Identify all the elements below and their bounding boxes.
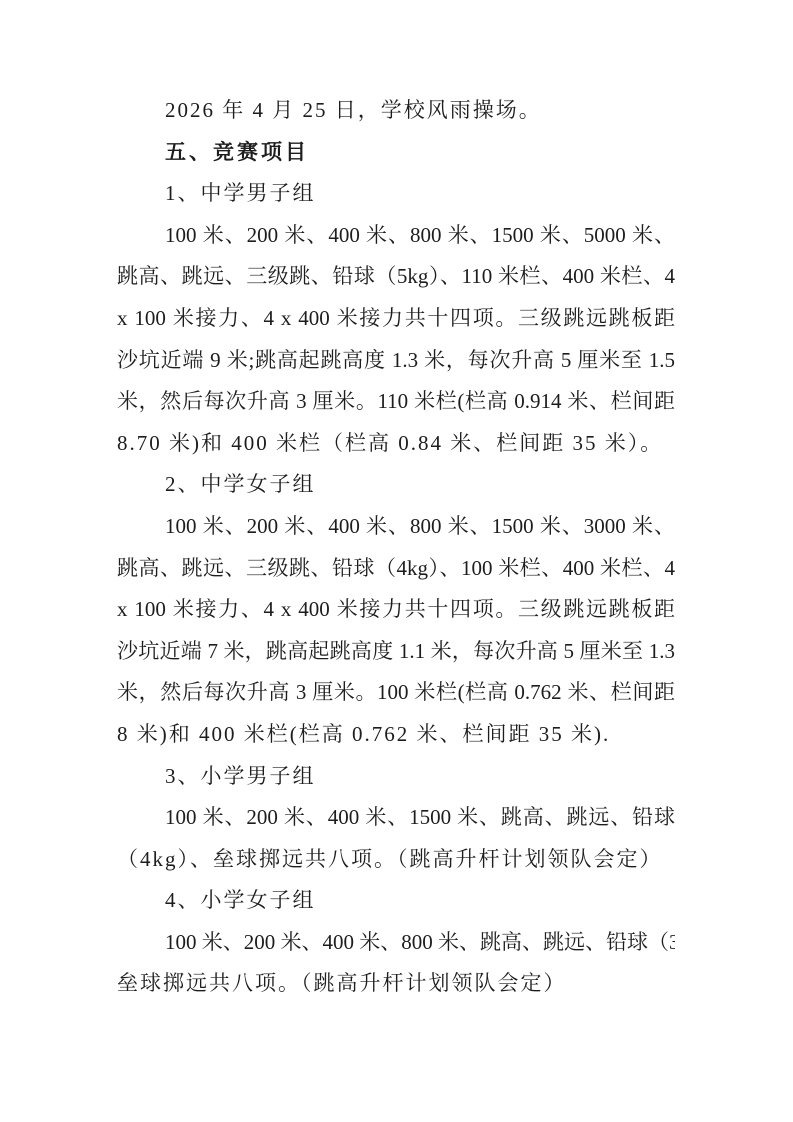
text-line: 跳高、跳远、三级跳、铅球（5kg）、110 米栏、400 米栏、4 xyxy=(117,256,675,298)
text-line: 2、中学女子组 xyxy=(117,464,675,506)
text-line: 垒球掷远共八项。（跳高升杆计划领队会定） xyxy=(117,963,675,1005)
text-line: 4、小学女子组 xyxy=(117,880,675,922)
text-line: 1、中学男子组 xyxy=(117,173,675,215)
text-line: 沙坑近端 7 米，跳高起跳高度 1.1 米，每次升高 5 厘米至 1.3 xyxy=(117,631,675,673)
text-line: 100 米、200 米、400 米、1500 米、跳高、跳远、铅球 xyxy=(117,797,675,839)
text-line: x 100 米接力、4 x 400 米接力共十四项。三级跳远跳板距 xyxy=(117,298,675,340)
text-line: 100 米、200 米、400 米、800 米、1500 米、3000 米、 xyxy=(117,506,675,548)
document-page: 2026 年 4 月 25 日，学校风雨操场。五、竞赛项目1、中学男子组100 … xyxy=(0,0,793,1122)
text-line: 8.70 米)和 400 米栏（栏高 0.84 米、栏间距 35 米）。 xyxy=(117,423,675,465)
text-line: 沙坑近端 9 米;跳高起跳高度 1.3 米，每次升高 5 厘米至 1.5 xyxy=(117,340,675,382)
text-line: 跳高、跳远、三级跳、铅球（4kg）、100 米栏、400 米栏、4 xyxy=(117,548,675,590)
section-heading: 五、竞赛项目 xyxy=(117,132,675,174)
text-line: x 100 米接力、4 x 400 米接力共十四项。三级跳远跳板距 xyxy=(117,589,675,631)
text-line: 2026 年 4 月 25 日，学校风雨操场。 xyxy=(117,90,675,132)
text-line: 8 米)和 400 米栏(栏高 0.762 米、栏间距 35 米). xyxy=(117,714,675,756)
text-line: （4kg）、垒球掷远共八项。（跳高升杆计划领队会定） xyxy=(117,839,675,881)
text-line: 100 米、200 米、400 米、800 米、1500 米、5000 米、 xyxy=(117,215,675,257)
text-line: 3、小学男子组 xyxy=(117,756,675,798)
text-line: 100 米、200 米、400 米、800 米、跳高、跳远、铅球（3kg）、 xyxy=(117,922,675,964)
text-line: 米，然后每次升高 3 厘米。110 米栏(栏高 0.914 米、栏间距 xyxy=(117,381,675,423)
text-line: 米，然后每次升高 3 厘米。100 米栏(栏高 0.762 米、栏间距 xyxy=(117,672,675,714)
document-body: 2026 年 4 月 25 日，学校风雨操场。五、竞赛项目1、中学男子组100 … xyxy=(117,90,675,1005)
